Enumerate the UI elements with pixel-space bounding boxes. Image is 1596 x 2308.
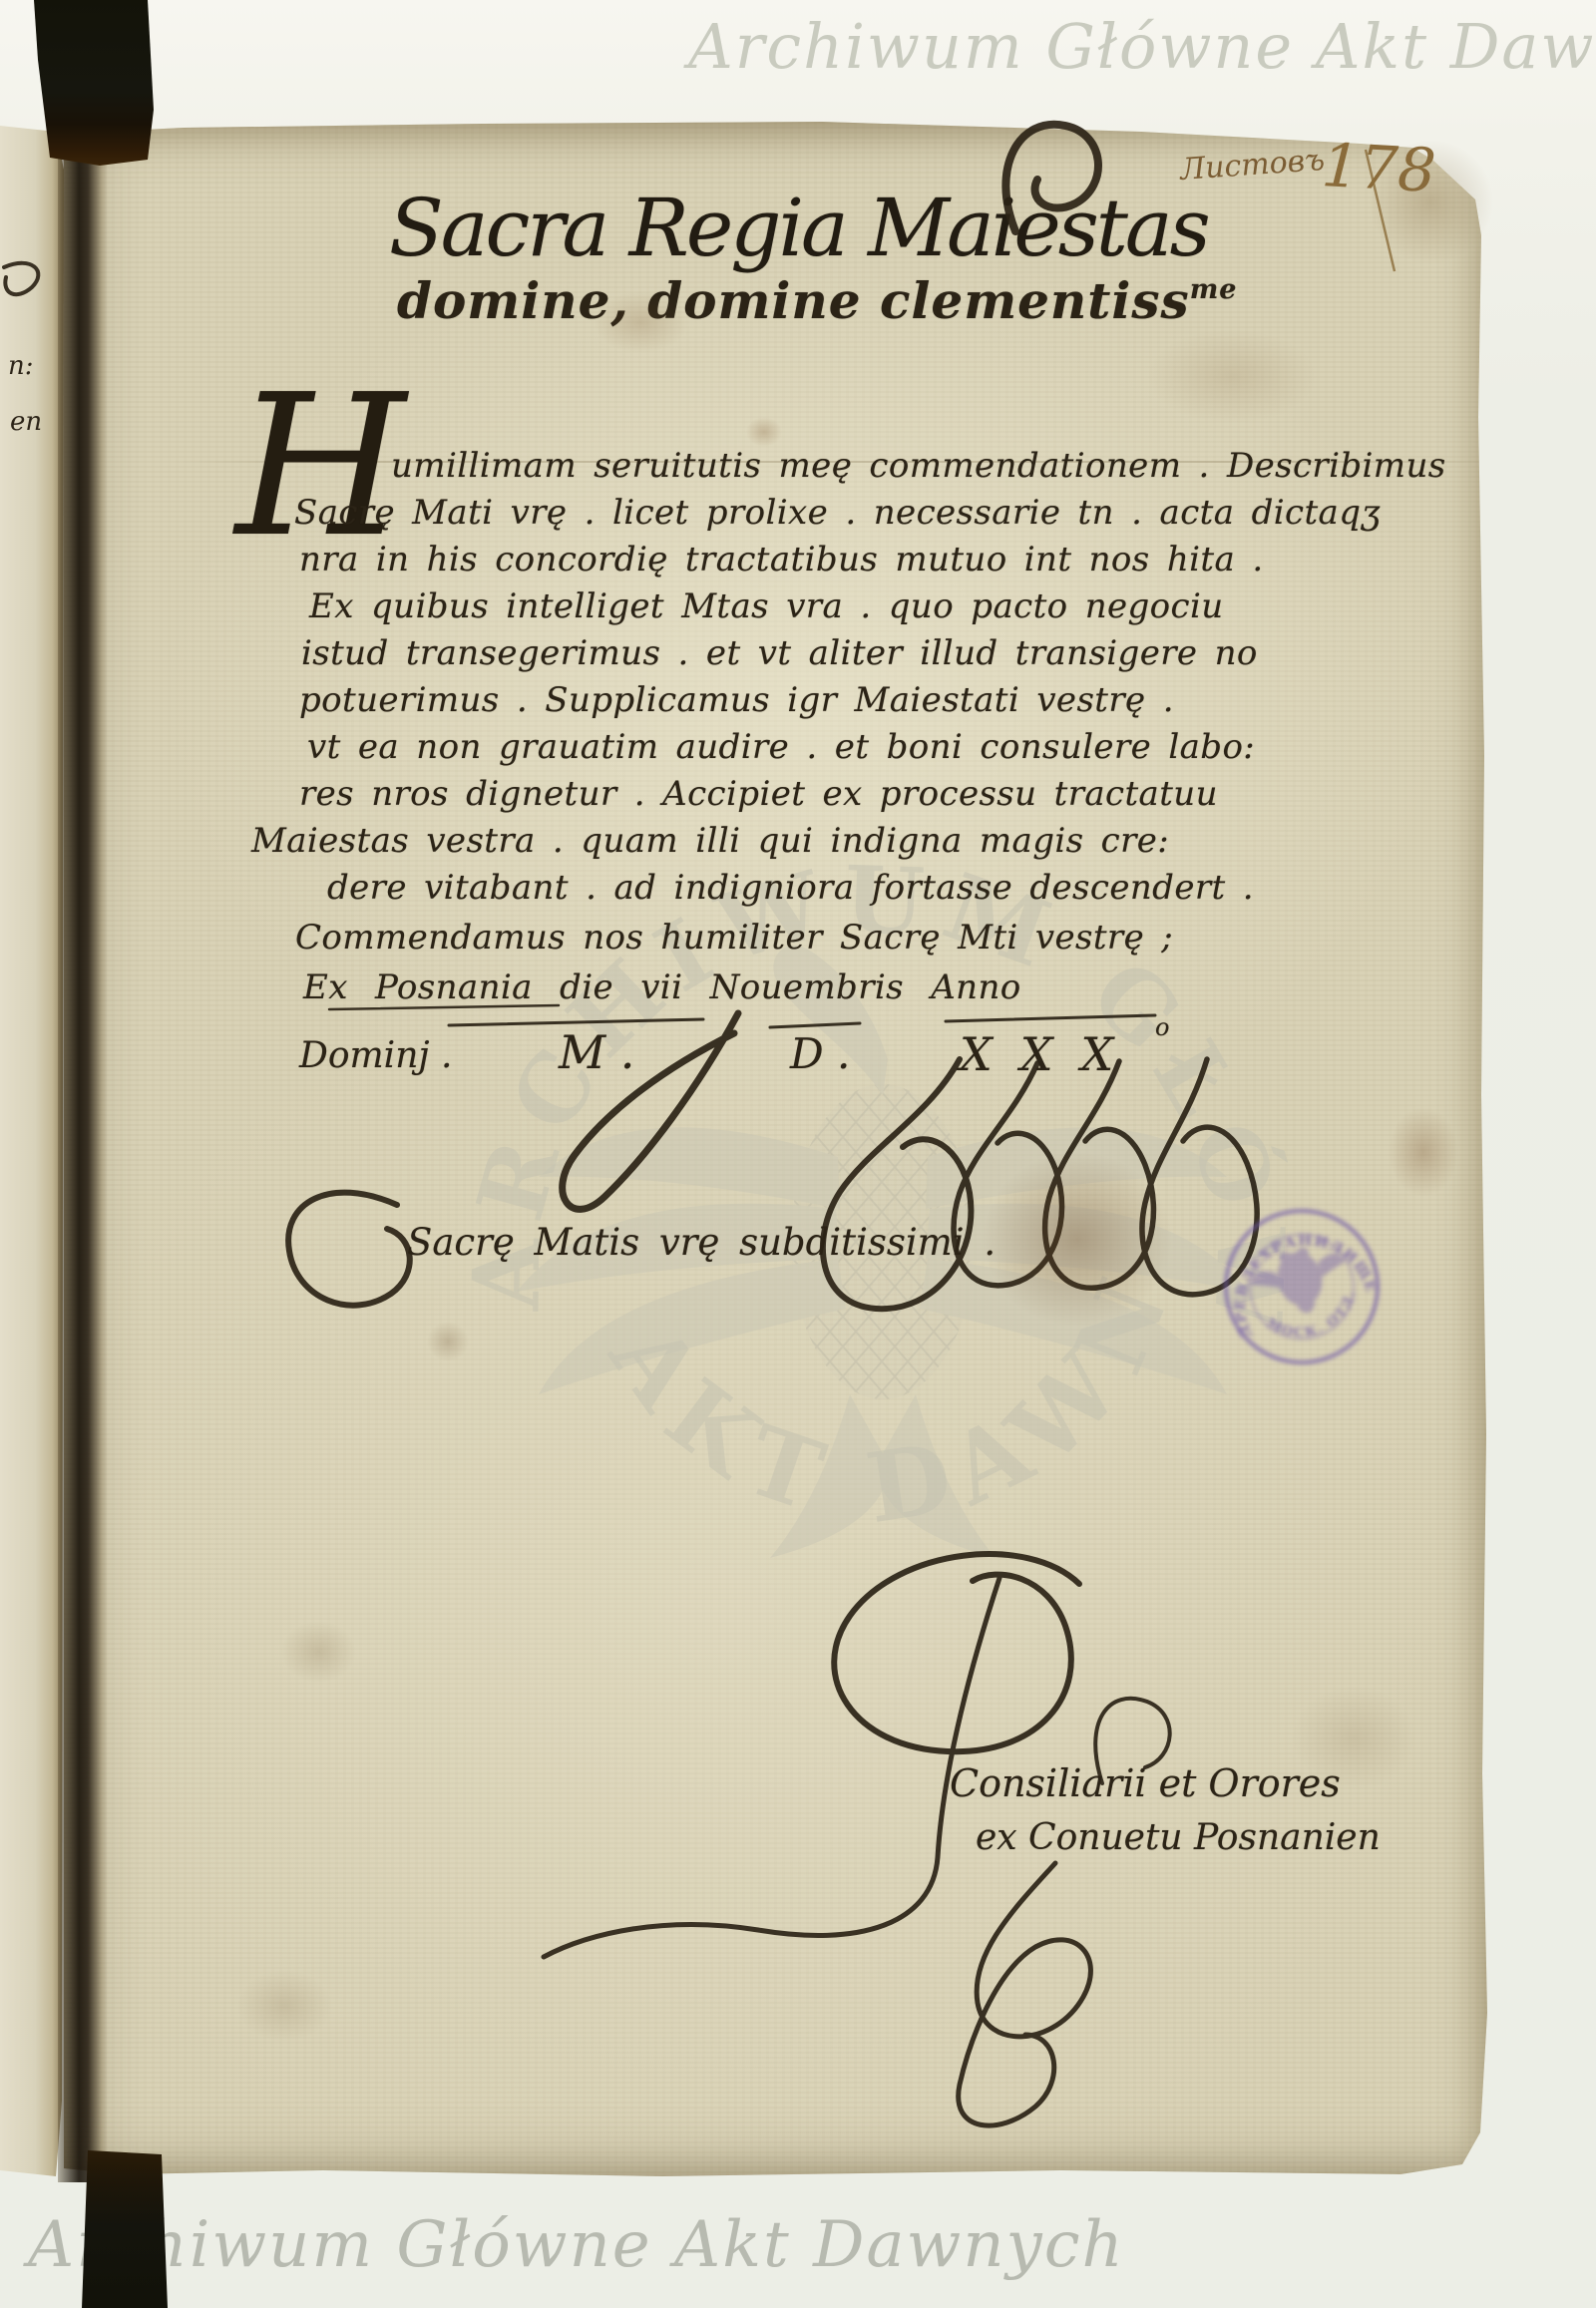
manuscript-scan: n: en ARCHIWUM GŁÓWNE AKT DAWNYCH: [0, 0, 1596, 2308]
folio-number: 178: [1320, 131, 1437, 206]
body-line: Ex quibus intelliget Mtas vra . quo pact…: [309, 586, 1224, 626]
binding-strap-bottom: [82, 2150, 170, 2308]
dateline-roman-d: D .: [790, 1029, 850, 1078]
body-line: umillimam seruitutis meę commendationem …: [391, 446, 1446, 486]
body-line: istud transegerimus . et vt aliter illud…: [301, 633, 1258, 673]
archive-watermark-top: Archiwum Główne Akt Dawnych: [688, 10, 1596, 83]
binding-gutter-shadow: [58, 122, 108, 2182]
body-line: nra in his concordię tractatibus mutuo i…: [299, 540, 1264, 579]
margin-text-fragment: en: [10, 407, 42, 437]
body-line: Sacrę Mati vrę . licet prolixe . necessa…: [294, 493, 1381, 533]
body-line: potuerimus . Supplicamus igr Maiestati v…: [299, 680, 1174, 720]
body-line: vt ea non grauatim audire . et boni cons…: [307, 727, 1255, 767]
binding-strap-top: [30, 0, 156, 166]
body-line: res nros dignetur . Accipiet ex processu…: [299, 774, 1218, 814]
body-line: dere vitabant . ad indigniora fortasse d…: [327, 868, 1254, 908]
dateline-ordinal: o: [1155, 1013, 1169, 1041]
body-line: Maiestas vestra . quam illi qui indigna …: [251, 821, 1169, 861]
dateline-domini: Dominj .: [299, 1035, 452, 1076]
salutation-superscript: me: [1190, 274, 1238, 305]
dateline-roman-m: M .: [559, 1025, 634, 1079]
archive-watermark-bottom: Archiwum Główne Akt Dawnych: [28, 2208, 1125, 2282]
salutation-line1: Sacra Regia Maiestas: [389, 182, 1208, 274]
salutation-line2-text: domine, domine clementiss: [397, 271, 1190, 330]
signature-line1: Consiliarii et Orores: [950, 1761, 1341, 1805]
body-line: Commendamus nos humiliter Sacrę Mti vest…: [295, 918, 1173, 958]
salutation-line2: domine, domine clementissme: [397, 271, 1237, 330]
subscription-line: Sacrę Matis vrę subditissimi .: [407, 1221, 996, 1264]
dateline-roman-xxx: XXX: [960, 1027, 1141, 1081]
body-line: Ex Posnania die vii Nouembris Anno: [303, 967, 1021, 1007]
signature-line2: ex Conuetu Posnanien: [976, 1817, 1381, 1858]
margin-text-fragment: n:: [8, 351, 34, 381]
previous-page-edge: n: en: [0, 126, 64, 2180]
